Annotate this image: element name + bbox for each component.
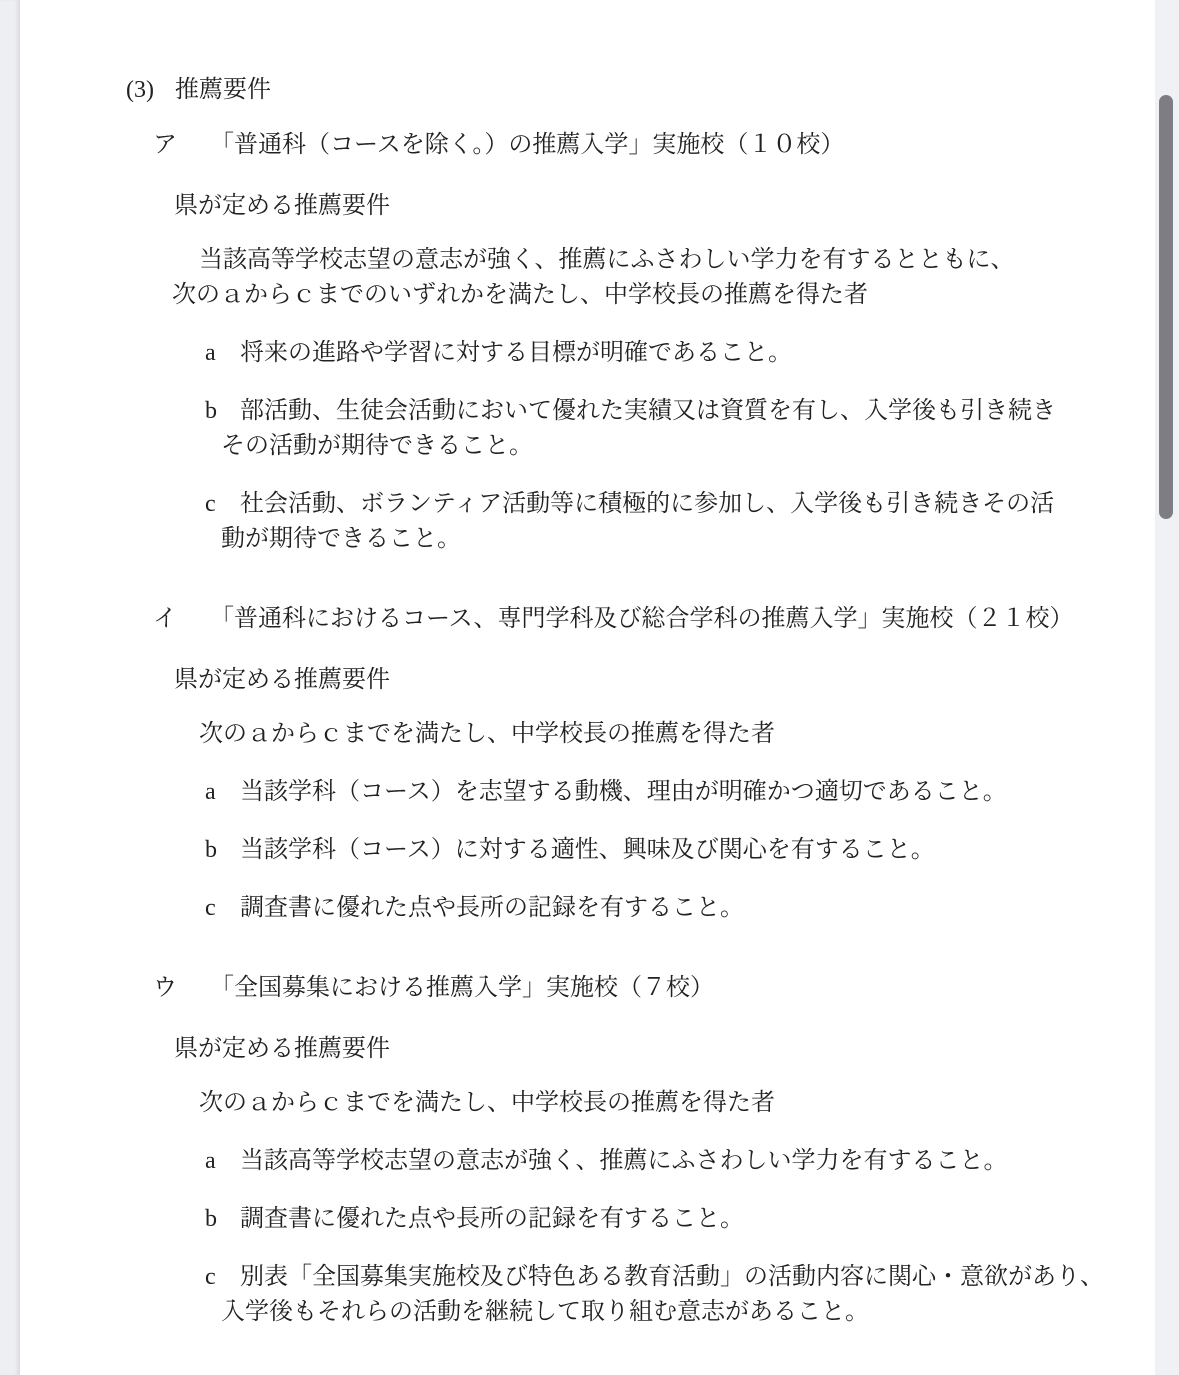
document-page: (3)推薦要件 ア「普通科（コースを除く。）の推薦入学」実施校（１０校）県が定め…: [0, 0, 1155, 1375]
section-ア: ア「普通科（コースを除く。）の推薦入学」実施校（１０校）県が定める推薦要件当該高…: [0, 128, 1155, 557]
document-viewer: (3)推薦要件 ア「普通科（コースを除く。）の推薦入学」実施校（１０校）県が定め…: [0, 0, 1179, 1375]
item-line: b当該学科（コース）に対する適性、興味及び関心を有すること。: [0, 833, 1155, 868]
item-line: b調査書に優れた点や長所の記録を有すること。: [0, 1202, 1155, 1237]
section-marker: ウ: [153, 971, 210, 1006]
section-イ: イ「普通科におけるコース、専門学科及び総合学科の推薦入学」実施校（２１校）県が定…: [0, 602, 1155, 926]
item-marker: a: [205, 775, 240, 810]
section-title: 「普通科（コースを除く。）の推薦入学」実施校（１０校）: [210, 132, 844, 158]
heading-title: 推薦要件: [175, 77, 271, 103]
intro-line: 次のａからｃまでを満たし、中学校長の推薦を得た者: [0, 717, 1155, 752]
requirement-label: 県が定める推薦要件: [0, 189, 1155, 224]
section-heading: (3)推薦要件: [0, 73, 1155, 108]
item-marker: c: [205, 891, 240, 926]
item-text: 当該学科（コース）に対する適性、興味及び関心を有すること。: [240, 837, 935, 863]
section-title: 「全国募集における推薦入学」実施校（７校）: [210, 975, 714, 1001]
item-text: 当該高等学校志望の意志が強く、推薦にふさわしい学力を有すること。: [240, 1148, 1008, 1174]
item-line: c社会活動、ボランティア活動等に積極的に参加し、入学後も引き続きその活: [0, 487, 1155, 522]
section-marker: ア: [153, 128, 210, 163]
item-marker: c: [205, 1260, 240, 1295]
item-marker: b: [205, 833, 240, 868]
item-line-continued: その活動が期待できること。: [0, 429, 1155, 464]
item-line: a将来の進路や学習に対する目標が明確であること。: [0, 336, 1155, 371]
item-line: a当該高等学校志望の意志が強く、推薦にふさわしい学力を有すること。: [0, 1144, 1155, 1179]
section-title-line: ア「普通科（コースを除く。）の推薦入学」実施校（１０校）: [0, 128, 1155, 163]
section-title-line: ウ「全国募集における推薦入学」実施校（７校）: [0, 971, 1155, 1006]
item-marker: b: [205, 1202, 240, 1237]
item-text: 当該学科（コース）を志望する動機、理由が明確かつ適切であること。: [240, 779, 1007, 805]
requirement-label: 県が定める推薦要件: [0, 1032, 1155, 1067]
sections-container: ア「普通科（コースを除く。）の推薦入学」実施校（１０校）県が定める推薦要件当該高…: [0, 128, 1155, 1330]
item-line: b部活動、生徒会活動において優れた実績又は資質を有し、入学後も引き続き: [0, 394, 1155, 429]
item-marker: a: [205, 1144, 240, 1179]
item-line: a当該学科（コース）を志望する動機、理由が明確かつ適切であること。: [0, 775, 1155, 810]
item-line: c調査書に優れた点や長所の記録を有すること。: [0, 891, 1155, 926]
section-title: 「普通科におけるコース、専門学科及び総合学科の推薦入学」実施校（２１校）: [210, 606, 1074, 632]
intro-line: 当該高等学校志望の意志が強く、推薦にふさわしい学力を有するとともに、: [0, 243, 1155, 278]
scrollbar-thumb[interactable]: [1159, 95, 1173, 519]
section-ウ: ウ「全国募集における推薦入学」実施校（７校）県が定める推薦要件次のａからｃまでを…: [0, 971, 1155, 1330]
item-line: c別表「全国募集実施校及び特色ある教育活動」の活動内容に関心・意欲があり、: [0, 1260, 1155, 1295]
item-text: 社会活動、ボランティア活動等に積極的に参加し、入学後も引き続きその活: [240, 491, 1054, 517]
section-title-line: イ「普通科におけるコース、専門学科及び総合学科の推薦入学」実施校（２１校）: [0, 602, 1155, 637]
viewer-left-gutter: [0, 0, 20, 1375]
requirement-label: 県が定める推薦要件: [0, 663, 1155, 698]
item-marker: b: [205, 394, 240, 429]
intro-line: 次のａからｃまでのいずれかを満たし、中学校長の推薦を得た者: [0, 278, 1155, 313]
item-text: 将来の進路や学習に対する目標が明確であること。: [240, 340, 792, 366]
item-text: 部活動、生徒会活動において優れた実績又は資質を有し、入学後も引き続き: [240, 398, 1056, 424]
heading-number: (3): [126, 73, 175, 108]
item-marker: a: [205, 336, 240, 371]
item-line-continued: 動が期待できること。: [0, 522, 1155, 557]
item-text: 調査書に優れた点や長所の記録を有すること。: [240, 1206, 744, 1232]
section-marker: イ: [153, 602, 210, 637]
item-marker: c: [205, 487, 240, 522]
item-text: 調査書に優れた点や長所の記録を有すること。: [240, 895, 744, 921]
item-text: 別表「全国募集実施校及び特色ある教育活動」の活動内容に関心・意欲があり、: [240, 1264, 1104, 1290]
intro-line: 次のａからｃまでを満たし、中学校長の推薦を得た者: [0, 1086, 1155, 1121]
item-line-continued: 入学後もそれらの活動を継続して取り組む意志があること。: [0, 1295, 1155, 1330]
